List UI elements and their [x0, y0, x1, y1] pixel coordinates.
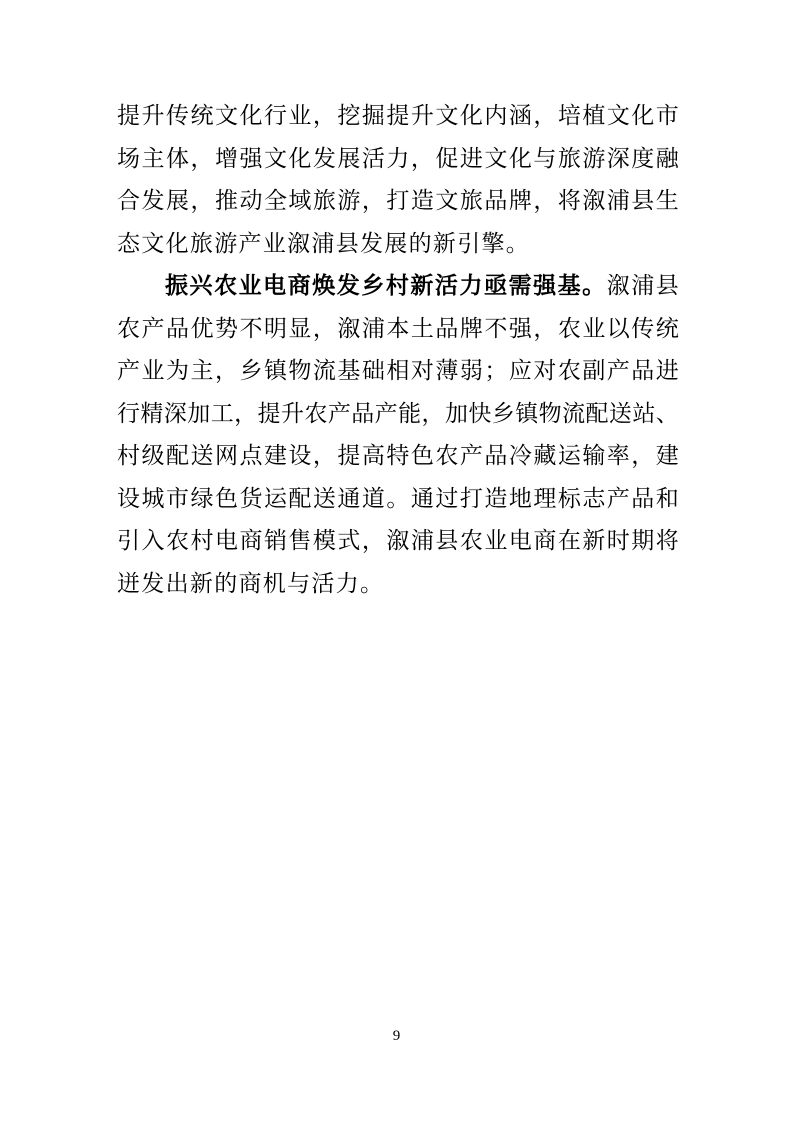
paragraph-agriculture-ecommerce: 振兴农业电商焕发乡村新活力亟需强基。溆浦县 农产品优势不明显，溆浦本土品牌不强，… [117, 265, 679, 605]
text-line: 提升传统文化行业，挖掘提升文化内涵，培植文化市 [117, 95, 679, 138]
page-number: 9 [0, 1026, 793, 1046]
text-line: 合发展，推动全域旅游，打造文旅品牌，将溆浦县生 [117, 180, 679, 223]
text-line-heading: 振兴农业电商焕发乡村新活力亟需强基。溆浦县 [117, 265, 679, 308]
lead-rest-text: 溆浦县 [607, 273, 679, 298]
text-line: 农产品优势不明显，溆浦本土品牌不强，农业以传统 [117, 308, 679, 351]
text-line: 村级配送网点建设，提高特色农产品冷藏运输率，建 [117, 435, 679, 478]
text-line: 场主体，增强文化发展活力，促进文化与旅游深度融 [117, 138, 679, 181]
paragraph-culture-tourism: 提升传统文化行业，挖掘提升文化内涵，培植文化市 场主体，增强文化发展活力，促进文… [117, 95, 679, 265]
text-line: 行精深加工，提升农产品产能，加快乡镇物流配送站、 [117, 393, 679, 436]
text-line: 设城市绿色货运配送通道。通过打造地理标志产品和 [117, 478, 679, 521]
text-line: 产业为主，乡镇物流基础相对薄弱；应对农副产品进 [117, 350, 679, 393]
text-line: 迸发出新的商机与活力。 [117, 563, 679, 606]
text-block: 提升传统文化行业，挖掘提升文化内涵，培植文化市 场主体，增强文化发展活力，促进文… [117, 95, 679, 605]
bold-lead-sentence: 振兴农业电商焕发乡村新活力亟需强基。 [165, 273, 607, 298]
text-line: 引入农村电商销售模式，溆浦县农业电商在新时期将 [117, 520, 679, 563]
text-line: 态文化旅游产业溆浦县发展的新引擎。 [117, 223, 679, 266]
document-page: 提升传统文化行业，挖掘提升文化内涵，培植文化市 场主体，增强文化发展活力，促进文… [0, 0, 793, 1122]
